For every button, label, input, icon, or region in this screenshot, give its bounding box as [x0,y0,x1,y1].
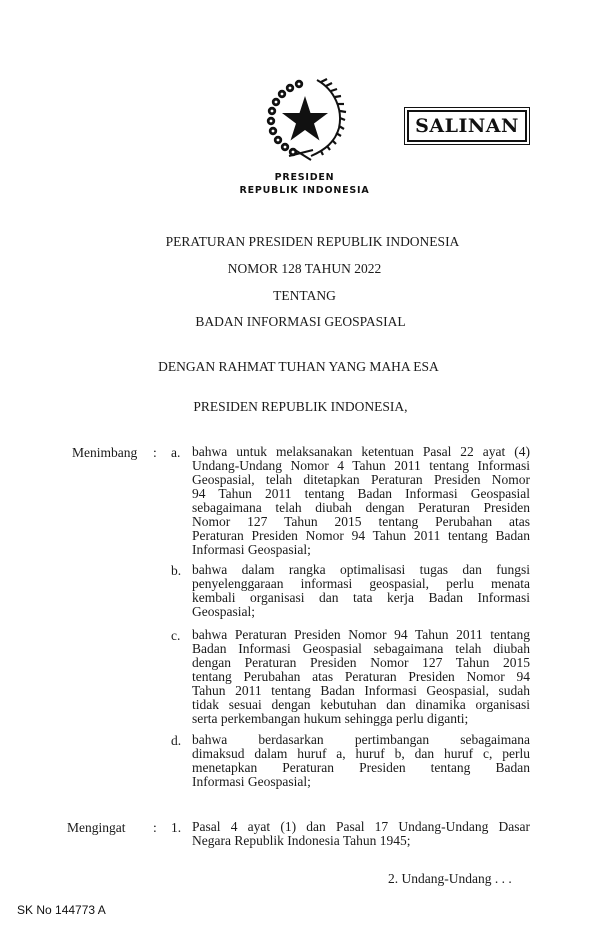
clause-line: tentang Perubahan atas Peraturan Preside… [192,670,530,684]
clause-line: Informasi Geospasial; [192,775,530,789]
menimbang-marker: b. [171,563,181,579]
clause-line: Badan Informasi Geospasial sebagaimana t… [192,642,530,656]
clause-line: dengan Peraturan Presiden Nomor 127 Tahu… [192,656,530,670]
clause-line: Negara Republik Indonesia Tahun 1945; [192,834,530,848]
clause-line: 94 Tahun 2011 tentang Badan Informasi Ge… [192,487,530,501]
regulation-subject: BADAN INFORMASI GEOSPASIAL [0,314,605,330]
clause-line: tidak sesuai dengan kebutuhan dan dinami… [192,698,530,712]
menimbang-clause: bahwa berdasarkan pertimbangan sebagaima… [192,733,530,789]
clause-line: bahwa untuk melaksanakan ketentuan Pasal… [192,445,530,459]
menimbang-marker: a. [171,445,180,461]
menimbang-marker: c. [171,628,180,644]
menimbang-colon: : [153,445,157,461]
mengingat-colon: : [153,820,157,836]
clause-line: Geospasial, telah ditetapkan Peraturan P… [192,473,530,487]
clause-line: bahwa Peraturan Presiden Nomor 94 Tahun … [192,628,530,642]
mengingat-clause: Pasal 4 ayat (1) dan Pasal 17 Undang-Und… [192,820,530,848]
clause-line: Tahun 2011 tentang Badan Informasi Geosp… [192,684,530,698]
mengingat-label: Mengingat [67,820,126,836]
regulation-tentang: TENTANG [0,288,609,304]
menimbang-marker: d. [171,733,181,749]
office-title-presiden: PRESIDEN [0,172,609,183]
clause-line: bahwa dalam rangka optimalisasi tugas da… [192,563,530,577]
clause-line: Nomor 127 Tahun 2015 tentang Perubahan a… [192,515,530,529]
clause-line: kembali organisasi dan tata kerja Badan … [192,591,530,605]
menimbang-clause: bahwa Peraturan Presiden Nomor 94 Tahun … [192,628,530,726]
mengingat-marker: 1. [171,820,181,836]
clause-line: menetapkan Peraturan Presiden tentang Ba… [192,761,530,775]
continuation-marker: 2. Undang-Undang . . . [388,871,512,887]
invocation: DENGAN RAHMAT TUHAN YANG MAHA ESA [0,359,603,375]
regulation-title: PERATURAN PRESIDEN REPUBLIK INDONESIA [8,234,609,250]
clause-line: Geospasial; [192,605,530,619]
clause-line: Pasal 4 ayat (1) dan Pasal 17 Undang-Und… [192,820,530,834]
clause-line: Undang-Undang Nomor 4 Tahun 2011 tentang… [192,459,530,473]
clause-line: bahwa berdasarkan pertimbangan sebagaima… [192,733,530,747]
office-title-republik: REPUBLIK INDONESIA [0,185,609,196]
clause-line: sebagaimana telah diubah dengan Peratura… [192,501,530,515]
clause-line: serta perkembangan hukum sehingga perlu … [192,712,530,726]
regulation-number: NOMOR 128 TAHUN 2022 [0,261,609,277]
document-code: SK No 144773 A [17,903,106,917]
menimbang-label: Menimbang [72,445,137,461]
presidential-emblem-icon [255,76,351,162]
menimbang-clause: bahwa untuk melaksanakan ketentuan Pasal… [192,445,530,557]
issuer: PRESIDEN REPUBLIK INDONESIA, [0,399,605,415]
clause-line: Peraturan Presiden Nomor 94 Tahun 2011 t… [192,529,530,543]
clause-line: Informasi Geospasial; [192,543,530,557]
menimbang-clause: bahwa dalam rangka optimalisasi tugas da… [192,563,530,619]
clause-line: dimaksud dalam huruf a, huruf b, dan hur… [192,747,530,761]
clause-line: penyelenggaraan informasi geospasial, pe… [192,577,530,591]
salinan-stamp: SALINAN [407,110,527,142]
